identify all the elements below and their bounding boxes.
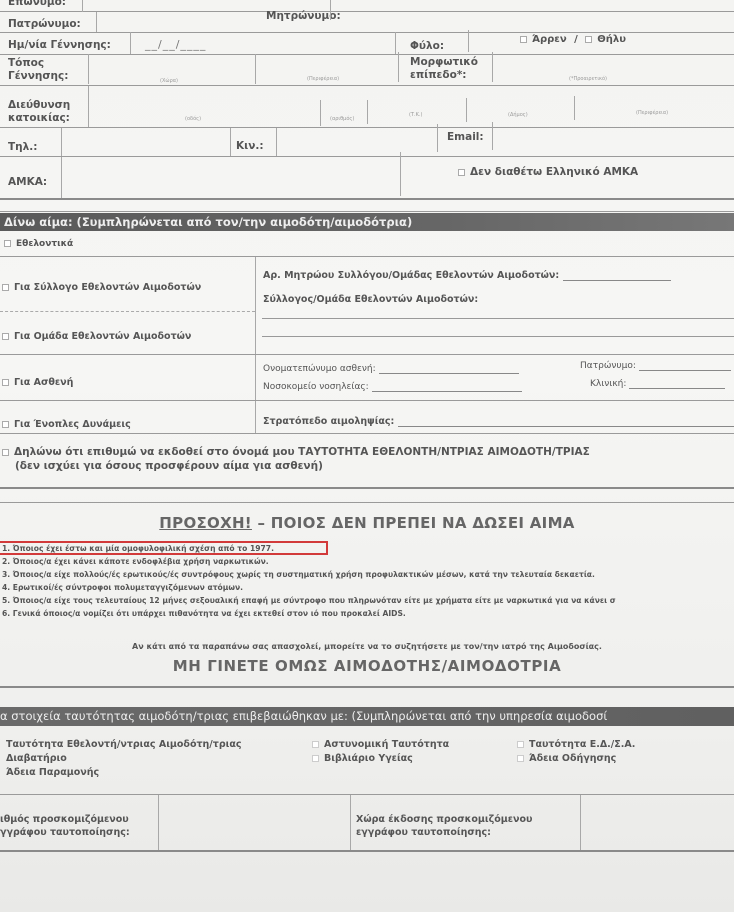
address-region-hint: (Περιφέρεια) [636, 110, 668, 116]
divider [230, 128, 231, 156]
warning-item-6: 6. Γενικά όποιος/α νομίζει ότι υπάρχει π… [2, 609, 406, 618]
armed-forces-checkbox[interactable] [2, 421, 9, 428]
gender-female-label: Θήλυ [597, 34, 626, 45]
birthplace-country-field[interactable]: (Χώρα) [90, 56, 252, 84]
identity-options-col3: Ταυτότητα Ε.Δ./Σ.Α. Άδεια Οδήγησης [517, 738, 635, 766]
gender-separator: / [574, 34, 578, 45]
identity-section-header: α στοιχεία ταυτότητας αιμοδότη/τριας επι… [0, 707, 734, 726]
warning-advice: Αν κάτι από τα παραπάνω σας απασχολεί, μ… [0, 642, 734, 651]
doc-country-label-line1: Χώρα έκδοσης προσκομιζόμενου [356, 813, 532, 826]
card-request-option: Δηλώνω ότι επιθυμώ να εκδοθεί στο όνομά … [2, 446, 732, 472]
divider [158, 795, 159, 850]
divider [88, 54, 89, 84]
identity-options-col1: Ταυτότητα Εθελοντή/ντριας Αιμοδότη/τριας… [6, 738, 242, 780]
divider [130, 32, 131, 54]
education-field[interactable]: (*Προαιρετικό) [494, 54, 724, 82]
blood-donation-form: Επώνυμο: Πατρώνυμο: Μητρώνυμο: Ημ/νία Γέ… [0, 0, 734, 912]
divider [0, 198, 734, 200]
id-police-id-checkbox[interactable] [312, 741, 319, 748]
armed-forces-label: Για Ένοπλες Δυνάμεις [14, 419, 131, 430]
camp-input[interactable] [398, 418, 734, 427]
divider [330, 0, 331, 20]
divider [574, 96, 575, 120]
no-amka-checkbox[interactable] [458, 169, 465, 176]
address-street-field[interactable]: (οδός) [90, 86, 320, 126]
surname-label: Επώνυμο: [8, 0, 66, 9]
patient-checkbox[interactable] [2, 379, 9, 386]
divider [350, 795, 351, 850]
warning-footer: ΜΗ ΓΙΝΕΤΕ ΟΜΩΣ ΑΙΜΟΔΟΤΗΣ/ΑΙΜΟΔΟΤΡΙΑ [0, 657, 734, 675]
no-amka-option: Δεν διαθέτω Ελληνικό ΑΜΚΑ [458, 166, 638, 179]
hospital-field: Νοσοκομείο νοσηλείας: [263, 382, 522, 392]
patient-name-input[interactable] [379, 365, 519, 374]
group-label: Για Ομάδα Εθελοντών Αιμοδοτών [14, 331, 191, 342]
patient-father-input[interactable] [639, 362, 731, 371]
email-field[interactable] [494, 122, 724, 150]
divider [0, 211, 734, 212]
doc-country-field[interactable] [582, 796, 732, 849]
registry-no-label: Αρ. Μητρώου Συλλόγου/Ομάδας Εθελοντών Αι… [263, 270, 559, 281]
divider [0, 487, 734, 489]
patient-father-field: Πατρώνυμο: [580, 361, 731, 371]
phone-label: Τηλ.: [8, 141, 37, 154]
address-region-field[interactable]: (Περιφέρεια) [576, 96, 724, 122]
doc-number-label: ιθμός προσκομιζόμενου γγράφου ταυτοποίησ… [0, 813, 130, 839]
amka-field[interactable] [63, 157, 398, 197]
card-request-label: Δηλώνω ότι επιθυμώ να εκδοθεί στο όνομά … [14, 446, 590, 458]
divider [492, 52, 493, 82]
no-amka-label: Δεν διαθέτω Ελληνικό ΑΜΚΑ [470, 166, 638, 178]
warning-title-text: – ΠΟΙΟΣ ΔΕΝ ΠΡΕΠΕΙ ΝΑ ΔΩΣΕΙ ΑΙΜΑ [252, 514, 575, 532]
clinic-input[interactable] [629, 380, 725, 389]
group-checkbox[interactable] [2, 333, 9, 340]
doc-number-label-line1: ιθμός προσκομιζόμενου [0, 813, 130, 826]
amka-label: ΑΜΚΑ: [8, 176, 47, 189]
phone-field[interactable] [63, 128, 228, 156]
fathers-name-field[interactable] [98, 12, 263, 32]
divider [466, 98, 467, 122]
divider [367, 100, 368, 124]
birthplace-country-hint: (Χώρα) [160, 78, 178, 84]
patient-father-label: Πατρώνυμο: [580, 361, 636, 371]
mobile-label: Κιν.: [236, 140, 264, 153]
address-street-hint: (οδός) [185, 116, 201, 122]
mothers-name-field[interactable] [450, 0, 724, 20]
birthplace-label: Τόπος Γέννησης: [8, 57, 88, 83]
card-request-note: (δεν ισχύει για όσους προσφέρουν αίμα γι… [2, 460, 732, 472]
id-option-passport[interactable]: Διαβατήριο [6, 752, 242, 766]
id-driving-license-checkbox[interactable] [517, 755, 524, 762]
address-municipality-field[interactable]: (Δήμος) [468, 98, 574, 124]
gender-female-checkbox[interactable] [585, 36, 592, 43]
association-name-field: Σύλλογος/Ομάδα Εθελοντών Αιμοδοτών: [263, 294, 478, 305]
divider [61, 128, 62, 198]
registry-no-field: Αρ. Μητρώου Συλλόγου/Ομάδας Εθελοντών Αι… [263, 270, 671, 281]
birthplace-region-field[interactable]: (Περιφέρεια) [257, 56, 397, 84]
voluntary-option: Εθελοντικά [4, 239, 73, 249]
id-option-health-booklet: Βιβλιάριο Υγείας [324, 753, 413, 764]
camp-field: Στρατόπεδο αιμοληψίας: [263, 416, 734, 427]
divider [580, 795, 581, 850]
id-option-military-id: Ταυτότητα Ε.Δ./Σ.Α. [529, 739, 635, 750]
address-number-field[interactable]: (αριθμός) [322, 100, 367, 126]
divider [0, 311, 255, 312]
address-label: Διεύθυνση κατοικίας: [8, 99, 88, 125]
divider [0, 686, 734, 688]
id-option-residence-permit[interactable]: Άδεια Παραμονής [6, 766, 242, 780]
camp-label: Στρατόπεδο αιμοληψίας: [263, 416, 394, 427]
armed-forces-option: Για Ένοπλες Δυνάμεις [2, 419, 131, 430]
id-military-id-checkbox[interactable] [517, 741, 524, 748]
divider [0, 354, 734, 355]
patient-name-field: Ονοματεπώνυμο ασθενή: [263, 364, 519, 374]
divider [88, 86, 89, 128]
birthplace-region-hint: (Περιφέρεια) [307, 76, 339, 82]
divider [0, 794, 734, 795]
divider [492, 122, 493, 150]
divider [276, 128, 277, 156]
dob-field[interactable]: __/__/____ [145, 38, 206, 51]
association-label: Για Σύλλογο Εθελοντών Αιμοδοτών [14, 282, 201, 293]
registry-no-input[interactable] [563, 272, 671, 281]
clinic-label: Κλινική: [590, 379, 626, 389]
divider [320, 100, 321, 126]
donation-section-header: Δίνω αίμα: (Συμπληρώνεται από τον/την αι… [0, 213, 734, 231]
warning-item-4: 4. Ερωτικοί/ές σύντροφοι πολυμεταγγιζόμε… [2, 583, 243, 592]
clinic-field: Κλινική: [590, 379, 725, 389]
hospital-input[interactable] [372, 383, 522, 392]
divider [255, 54, 256, 84]
association-option: Για Σύλλογο Εθελοντών Αιμοδοτών [2, 282, 201, 293]
divider [0, 502, 734, 503]
address-postcode-hint: (Τ.Κ.) [409, 112, 422, 118]
divider [395, 32, 396, 54]
id-option-volunteer-card[interactable]: Ταυτότητα Εθελοντή/ντριας Αιμοδότη/τριας [6, 738, 242, 752]
voluntary-checkbox[interactable] [4, 240, 11, 247]
doc-country-label-line2: εγγράφου ταυτοποίησης: [356, 826, 532, 839]
divider [0, 400, 734, 401]
divider [468, 30, 469, 52]
doc-number-field[interactable] [160, 796, 348, 849]
divider [398, 52, 399, 82]
gender-male-label: Άρρεν [532, 34, 567, 45]
mobile-field[interactable] [278, 128, 438, 156]
divider [0, 256, 734, 257]
warning-item-3: 3. Όποιος/α είχε πολλούς/ές ερωτικούς/ές… [2, 570, 595, 579]
card-request-checkbox[interactable] [2, 449, 9, 456]
association-checkbox[interactable] [2, 284, 9, 291]
address-number-hint: (αριθμός) [330, 116, 354, 122]
association-name-label: Σύλλογος/Ομάδα Εθελοντών Αιμοδοτών: [263, 294, 478, 305]
doc-country-label: Χώρα έκδοσης προσκομιζόμενου εγγράφου τα… [356, 813, 532, 839]
gender-label: Φύλο: [410, 40, 444, 53]
divider [255, 257, 256, 433]
patient-option: Για Ασθενή [2, 377, 73, 388]
warning-item-1: 1. Όποιος έχει έστω και μία ομοφυλοφιλικ… [2, 544, 274, 553]
warning-title-emphasis: ΠΡΟΣΟΧΗ! [159, 514, 252, 532]
hospital-label: Νοσοκομείο νοσηλείας: [263, 382, 369, 392]
association-name-input[interactable] [262, 318, 734, 319]
divider [400, 152, 401, 196]
id-option-police-id: Αστυνομική Ταυτότητα [324, 739, 449, 750]
address-municipality-hint: (Δήμος) [508, 112, 528, 118]
group-option: Για Ομάδα Εθελοντών Αιμοδοτών [2, 331, 191, 342]
gender-male-checkbox[interactable] [520, 36, 527, 43]
divider [0, 850, 734, 852]
education-label: Μορφωτικό επίπεδο*: [410, 56, 490, 82]
fathers-name-label: Πατρώνυμο: [8, 18, 81, 31]
address-postcode-field[interactable]: (Τ.Κ.) [369, 98, 466, 124]
warning-item-2: 2. Όποιος/α έχει κάνει κάποτε ενδοφλέβια… [2, 557, 269, 566]
dob-label: Ημ/νία Γέννησης: [8, 39, 111, 52]
divider [262, 336, 734, 337]
identity-options-col2: Αστυνομική Ταυτότητα Βιβλιάριο Υγείας [312, 738, 449, 766]
divider [96, 12, 97, 32]
warning-title: ΠΡΟΣΟΧΗ! – ΠΟΙΟΣ ΔΕΝ ΠΡΕΠΕΙ ΝΑ ΔΩΣΕΙ ΑΙΜ… [0, 514, 734, 532]
doc-number-label-line2: γγράφου ταυτοποίησης: [0, 826, 130, 839]
id-health-booklet-checkbox[interactable] [312, 755, 319, 762]
divider [82, 0, 83, 12]
divider [437, 124, 438, 152]
gender-options: Άρρεν / Θήλυ [520, 33, 626, 46]
patient-name-label: Ονοματεπώνυμο ασθενή: [263, 364, 376, 374]
divider [0, 433, 734, 434]
patient-label: Για Ασθενή [14, 377, 73, 388]
education-hint: (*Προαιρετικό) [569, 76, 607, 82]
email-label: Email: [447, 131, 484, 144]
warning-item-5: 5. Όποιος/α είχε τους τελευταίους 12 μήν… [2, 596, 616, 605]
id-option-driving-license: Άδεια Οδήγησης [529, 753, 616, 764]
voluntary-label: Εθελοντικά [16, 239, 73, 249]
